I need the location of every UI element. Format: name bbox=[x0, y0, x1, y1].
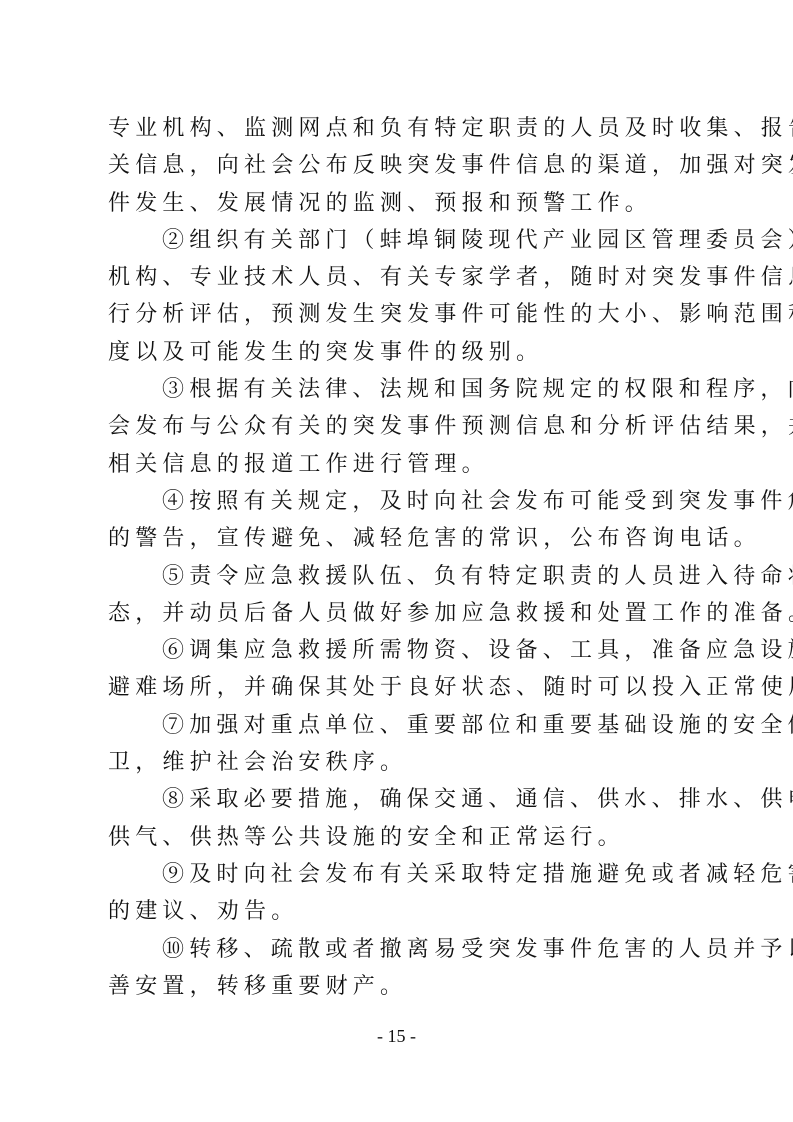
text-line: ⑥调集应急救援所需物资、设备、工具，准备应急设施和 bbox=[108, 632, 684, 669]
text-line: ③根据有关法律、法规和国务院规定的权限和程序，向社 bbox=[108, 371, 684, 408]
text-line: 善安置，转移重要财产。 bbox=[108, 968, 684, 1005]
paragraph-item-4: ④按照有关规定，及时向社会发布可能受到突发事件危害 的警告，宣传避免、减轻危害的… bbox=[108, 483, 684, 558]
text-line: 态，并动员后备人员做好参加应急救援和处置工作的准备。 bbox=[108, 595, 684, 632]
text-line: 机构、专业技术人员、有关专家学者，随时对突发事件信息进 bbox=[108, 259, 684, 296]
text-line: ⑩转移、疏散或者撤离易受突发事件危害的人员并予以妥 bbox=[108, 931, 684, 968]
paragraph-item-8: ⑧采取必要措施，确保交通、通信、供水、排水、供电、 供气、供热等公共设施的安全和… bbox=[108, 781, 684, 856]
text-line: 行分析评估，预测发生突发事件可能性的大小、影响范围和强 bbox=[108, 296, 684, 333]
text-line: 件发生、发展情况的监测、预报和预警工作。 bbox=[108, 185, 684, 222]
text-line: ⑧采取必要措施，确保交通、通信、供水、排水、供电、 bbox=[108, 781, 684, 818]
paragraph-item-3: ③根据有关法律、法规和国务院规定的权限和程序，向社 会发布与公众有关的突发事件预… bbox=[108, 371, 684, 483]
document-page: 专业机构、监测网点和负有特定职责的人员及时收集、报告有 关信息，向社会公布反映突… bbox=[0, 0, 793, 1122]
paragraph-item-10: ⑩转移、疏散或者撤离易受突发事件危害的人员并予以妥 善安置，转移重要财产。 bbox=[108, 931, 684, 1006]
text-line: 卫，维护社会治安秩序。 bbox=[108, 744, 684, 781]
text-line: ②组织有关部门（蚌埠铜陵现代产业园区管理委员会）和 bbox=[108, 222, 684, 259]
text-line: 专业机构、监测网点和负有特定职责的人员及时收集、报告有 bbox=[108, 110, 684, 147]
paragraph-continuation: 专业机构、监测网点和负有特定职责的人员及时收集、报告有 关信息，向社会公布反映突… bbox=[108, 110, 684, 222]
text-line: ⑤责令应急救援队伍、负有特定职责的人员进入待命状 bbox=[108, 558, 684, 595]
text-line: 会发布与公众有关的突发事件预测信息和分析评估结果，并对 bbox=[108, 408, 684, 445]
text-line: ⑨及时向社会发布有关采取特定措施避免或者减轻危害 bbox=[108, 856, 684, 893]
text-line: 的建议、劝告。 bbox=[108, 893, 684, 930]
paragraph-item-6: ⑥调集应急救援所需物资、设备、工具，准备应急设施和 避难场所，并确保其处于良好状… bbox=[108, 632, 684, 707]
paragraph-item-2: ②组织有关部门（蚌埠铜陵现代产业园区管理委员会）和 机构、专业技术人员、有关专家… bbox=[108, 222, 684, 371]
paragraph-item-7: ⑦加强对重点单位、重要部位和重要基础设施的安全保 卫，维护社会治安秩序。 bbox=[108, 707, 684, 782]
text-line: ④按照有关规定，及时向社会发布可能受到突发事件危害 bbox=[108, 483, 684, 520]
text-line: 关信息，向社会公布反映突发事件信息的渠道，加强对突发事 bbox=[108, 147, 684, 184]
page-number: - 15 - bbox=[0, 1026, 793, 1047]
paragraph-item-5: ⑤责令应急救援队伍、负有特定职责的人员进入待命状 态，并动员后备人员做好参加应急… bbox=[108, 558, 684, 633]
text-line: 相关信息的报道工作进行管理。 bbox=[108, 446, 684, 483]
paragraph-item-9: ⑨及时向社会发布有关采取特定措施避免或者减轻危害 的建议、劝告。 bbox=[108, 856, 684, 931]
text-line: 的警告，宣传避免、减轻危害的常识，公布咨询电话。 bbox=[108, 520, 684, 557]
text-line: 度以及可能发生的突发事件的级别。 bbox=[108, 334, 684, 371]
text-line: ⑦加强对重点单位、重要部位和重要基础设施的安全保 bbox=[108, 707, 684, 744]
text-line: 供气、供热等公共设施的安全和正常运行。 bbox=[108, 819, 684, 856]
document-body: 专业机构、监测网点和负有特定职责的人员及时收集、报告有 关信息，向社会公布反映突… bbox=[108, 110, 684, 1005]
text-line: 避难场所，并确保其处于良好状态、随时可以投入正常使用。 bbox=[108, 669, 684, 706]
